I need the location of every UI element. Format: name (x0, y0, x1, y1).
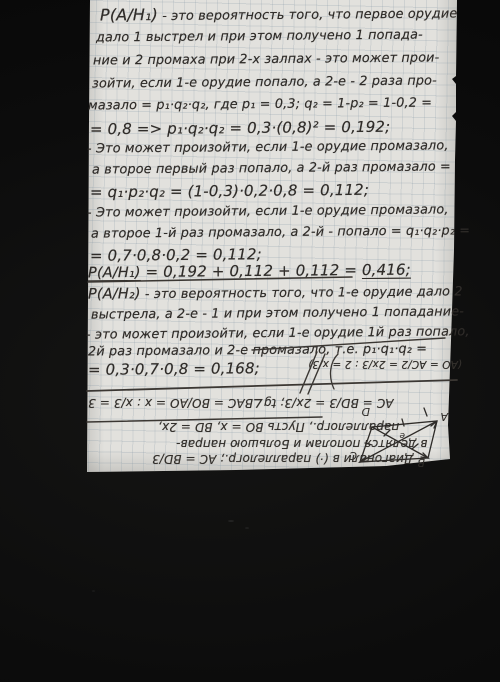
handwritten-line: P(A/H₂) - это вероятность того, что 1-е … (88, 283, 463, 302)
handwritten-line: 2й раз промазало и 2-е промазало, т.е. p… (88, 342, 427, 360)
rotated-handwritten-formula: AC = BD/3 = 2x/3; tg∠BAC = BO/AO = x : x… (88, 396, 394, 410)
dust-speck (245, 527, 249, 529)
rotated-handwritten-line: Диагонали в (·) параллелогр.; AC = BD/3 (152, 452, 413, 466)
handwritten-formula: = 0,3·0,7·0,8 = 0,168; (88, 359, 260, 378)
handwritten-line: ние и 2 промаха при 2-х залпах - это мож… (93, 50, 440, 68)
handwritten-text: = 0,192 + 0,112 + 0,112 = (141, 261, 362, 281)
dust-speck (228, 520, 234, 522)
probability-p-a-h2-label: P(A/H₂) (88, 286, 141, 302)
handwritten-formula: = 0,8 => p₁·q₂·q₂ = 0,3·(0,8)² = 0,192; (90, 118, 390, 139)
dust-speck (92, 590, 95, 592)
photo-of-handwritten-notebook-page: { "scene": { "background_color": "#0c0c0… (0, 0, 500, 682)
handwritten-text: - это вероятность того, что 1-е орудие д… (141, 284, 463, 302)
rotated-handwritten-line: в делятся пополам и Большою направ- (176, 437, 427, 451)
handwritten-text: - это вероятность того, что первое оруди… (158, 6, 457, 24)
handwritten-line: зойти, если 1-е орудие попало, а 2-е - 2… (92, 73, 437, 91)
handwritten-sum-line: P(A/H₁) = 0,192 + 0,112 + 0,112 = 0,416; (88, 261, 411, 282)
rotated-handwritten-line: параллелогр., Пусть BO = x, BD = 2x, (158, 420, 399, 434)
handwritten-line: P(A/H₁) - это вероятность того, что перв… (100, 2, 457, 24)
handwritten-line: дало 1 выстрел и при этом получено 1 поп… (96, 28, 423, 46)
handwritten-formula: = q₁·p₂·q₂ = (1-0,3)·0,2·0,8 = 0,112; (90, 181, 369, 201)
handwritten-line: - Это может произойти, если 1-е орудие п… (87, 202, 449, 220)
probability-p-a-h1-label: P(A/H₁) (100, 5, 158, 25)
sum-result: 0,416; (362, 261, 411, 279)
handwritten-line: - Это может произойти, если 1-е орудие п… (87, 138, 449, 156)
probability-p-a-h1-label: P(A/H₁) (88, 265, 141, 281)
handwritten-line: а второе первый раз попало, а 2-й раз пр… (92, 159, 451, 177)
handwritten-line: мазало = p₁·q₂·q₂, где p₁ = 0,3; q₂ = 1-… (88, 95, 432, 113)
rotated-handwritten-formula: (AO = AC/2 = 2x/3 : 2 = x/3) (308, 358, 462, 370)
